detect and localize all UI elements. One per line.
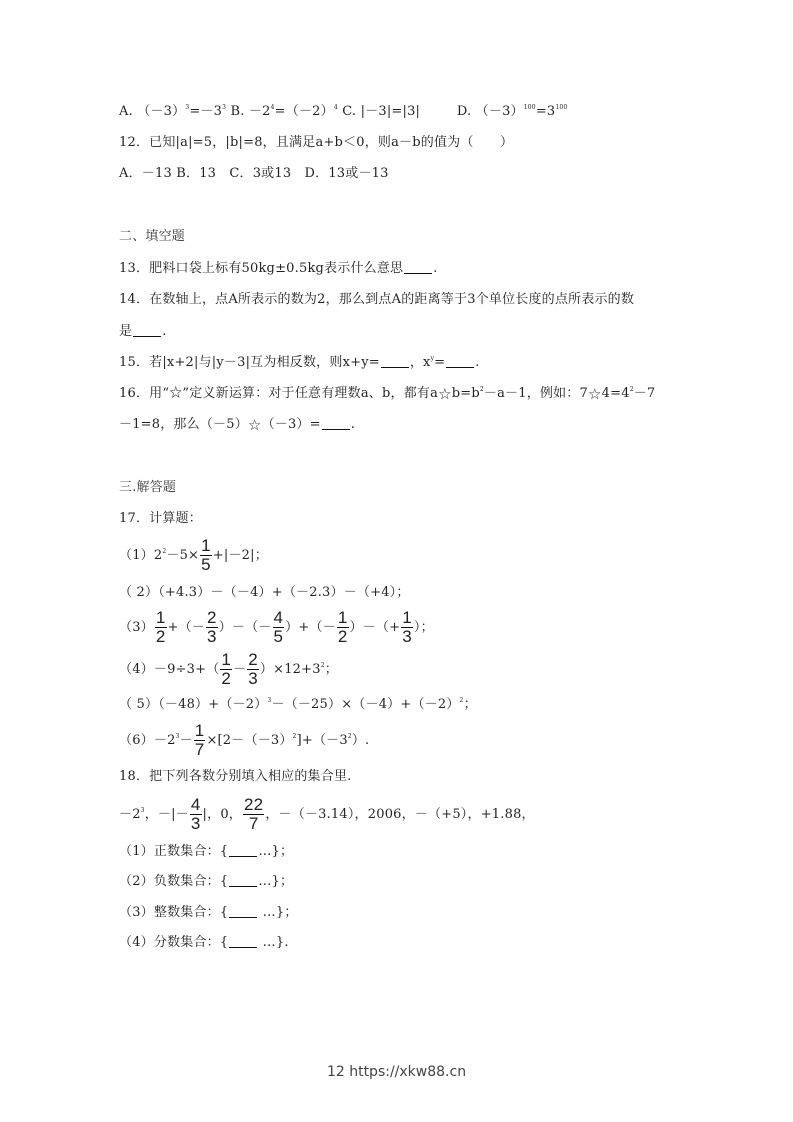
question-16-line1: 16．用“☆”定义新运算：对于任意有理数a、b，都有a☆b=b2－a－1，例如：… [119,386,655,402]
question-12-stem: 12．已知|a|=5，|b|=8，且满足a+b＜0，则a－b的值为（ ） [119,135,513,151]
set-negative: （2）负数集合：{…}； [119,874,293,890]
fraction: 227 [243,796,264,833]
fraction: 45 [273,609,285,646]
q17-part-5: （ 5）（－48）+（－2）3－（－25）×（－4）+（－2）2； [119,697,477,713]
answer-blank[interactable] [446,355,474,368]
q17-part-3: （3）12+（－23）－（－45）+（－12）－（+13）； [119,608,434,648]
question-12-options: A．－13 B．13 C．3或13 D．13或－13 [119,166,389,182]
star-operator-icon: ☆ [438,387,452,401]
question-13: 13．肥料口袋上标有50kg±0.5kg表示什么意思. [119,261,438,277]
q17-part-2: （ 2）（+4.3）－（－4）+（－2.3）－（+4）； [119,585,410,601]
page-footer: 12 https://xkw88.cn [0,1064,793,1080]
fraction: 13 [401,609,413,646]
section-solve-title: 三.解答题 [119,480,176,496]
section-fill-in-title: 二、填空题 [119,229,185,245]
fraction: 23 [206,609,218,646]
answer-blank[interactable] [381,355,409,368]
q11-options: A. （－3）3=－33 B. －24=（－2）4 C. |－3|=|3| D.… [119,104,567,120]
fraction: 17 [194,722,206,759]
q17-part-6: （6）－23－17×[2－（－3）2]+（－32）. [119,721,369,761]
answer-blank[interactable] [322,417,350,430]
question-14-line2: 是. [119,324,167,340]
fraction: 15 [200,537,212,574]
answer-blank[interactable] [229,905,257,918]
star-operator-icon: ☆ [588,387,602,401]
answer-blank[interactable] [404,261,432,274]
option-c-label: C. [342,104,356,119]
question-17-title: 17．计算题： [119,511,202,527]
answer-blank[interactable] [229,935,257,948]
fraction: 43 [190,796,202,833]
question-18-title: 18．把下列各数分别填入相应的集合里. [119,769,351,785]
option-d-label: D. [457,104,472,119]
q17-part-4: （4）－9÷3+（12－23）×12+32； [119,650,338,690]
fraction: 23 [247,651,259,688]
q18-number-list: －23，－|－43|，0，227，－（－3.14），2006，－（+5），+1.… [119,795,535,835]
question-15: 15．若|x+2|与|y－3|互为相反数，则x+y=，xy=. [119,355,480,371]
answer-blank[interactable] [133,324,161,337]
question-14-line1: 14．在数轴上，点A所表示的数为2，那么到点A的距离等于3个单位长度的点所表示的… [119,292,634,308]
set-fraction: （4）分数集合：{ …}. [119,935,289,951]
fraction: 12 [220,651,232,688]
option-a-label: A. [119,104,133,119]
fraction: 12 [337,609,349,646]
set-positive: （1）正数集合：{…}； [119,844,293,860]
question-16-line2: －1=8，那么（－5）☆（－3）=. [119,417,355,433]
set-integer: （3）整数集合：{ …}； [119,905,298,921]
answer-blank[interactable] [229,874,257,887]
q17-part-1: （1）22－5×15+|－2|； [119,536,268,576]
answer-blank[interactable] [229,844,257,857]
option-b-label: B. [231,104,245,119]
fraction: 12 [155,609,167,646]
star-operator-icon: ☆ [248,418,262,432]
